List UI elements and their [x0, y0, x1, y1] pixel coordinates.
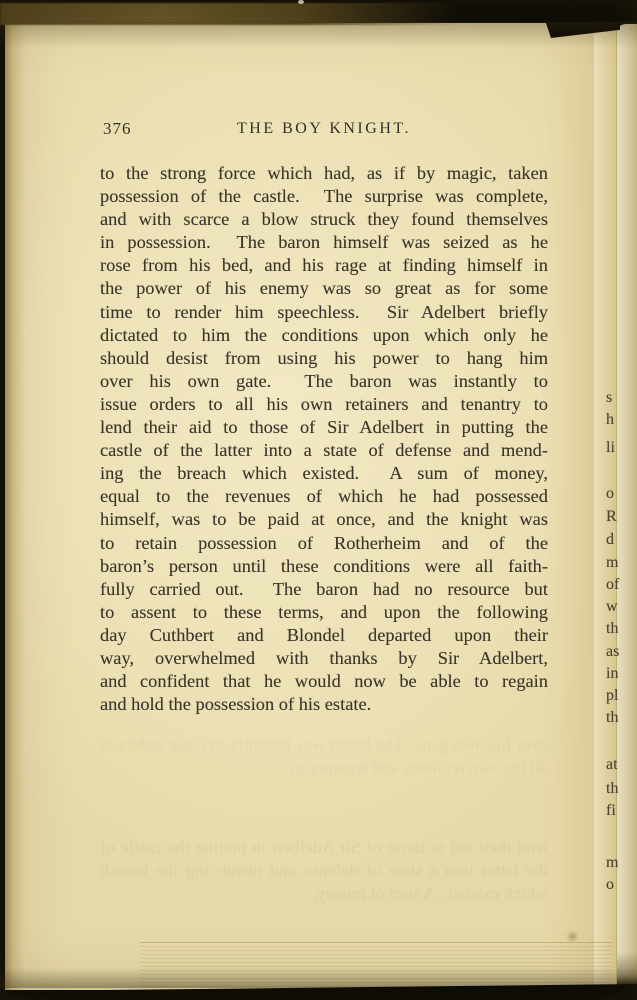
text-line: dictated to him the conditions upon whic… [100, 324, 548, 347]
partial-text-fragment: d [606, 532, 614, 548]
partial-text-fragment: pl [606, 688, 618, 704]
facing-page-fragments: shlioRdmofwthasinplthatthfimo [604, 0, 626, 1000]
text-line: lend their aid to those of Sir Adelbert … [100, 416, 548, 439]
running-title: THE BOY KNIGHT. [100, 120, 548, 138]
text-line: fully carried out. The baron had no reso… [100, 578, 548, 601]
text-line: way, overwhelmed with thanks by Sir Adel… [100, 647, 548, 670]
text-line: to retain possession of Rotherheim and o… [100, 532, 548, 555]
text-line: possession of the castle. The surprise w… [100, 185, 548, 208]
text-line: time to render him speechless. Sir Adelb… [100, 301, 548, 324]
text-line: in possession. The baron himself was sei… [100, 231, 548, 254]
text-line: castle of the latter into a state of def… [100, 439, 548, 462]
partial-text-fragment: in [606, 666, 618, 682]
text-line: and with scarce a blow struck they found… [100, 208, 548, 231]
text-line: day Cuthbert and Blondel departed upon t… [100, 624, 548, 647]
text-line: over his own gate. The baron was instant… [100, 370, 548, 393]
partial-text-fragment: as [606, 644, 619, 660]
partial-text-fragment: o [606, 877, 614, 893]
partial-text-fragment: th [606, 621, 618, 637]
text-line: equal to the revenues of which he had po… [100, 485, 548, 508]
text-line: and hold the possession of his estate. [100, 693, 548, 716]
page-text: to the strong force which had, as if by … [100, 162, 548, 716]
partial-text-fragment: fi [606, 803, 616, 819]
partial-text-fragment: th [606, 781, 618, 797]
text-line: himself, was to be paid at once, and the… [100, 508, 548, 531]
text-line: should desist from using his power to ha… [100, 347, 548, 370]
partial-text-fragment: h [606, 412, 614, 428]
ghost-showthrough-lower: lend their aid to those of Sir Adelbert … [100, 836, 548, 905]
book-scan: over his own gate. The baron was instant… [0, 0, 637, 1000]
partial-text-fragment: R [606, 509, 617, 525]
bottom-page-shadow [0, 968, 637, 988]
partial-text-fragment: m [606, 555, 618, 571]
stain-mark [566, 930, 579, 943]
text-line: to assent to these terms, and upon the f… [100, 601, 548, 624]
partial-text-fragment: li [606, 440, 615, 456]
text-line: baron’s person until these conditions we… [100, 555, 548, 578]
partial-text-fragment: o [606, 486, 614, 502]
text-line: and confident that he would now be able … [100, 670, 548, 693]
partial-text-fragment: s [606, 390, 612, 406]
text-line: ing the breach which existed. A sum of m… [100, 462, 548, 485]
partial-text-fragment: th [606, 710, 618, 726]
text-line: issue orders to all his own retainers an… [100, 393, 548, 416]
partial-text-fragment: of [606, 577, 619, 593]
text-line: the power of his enemy was so great as f… [100, 277, 548, 300]
paper-speck [298, 0, 304, 4]
ghost-showthrough-upper: over his own gate. The baron was instant… [100, 733, 548, 779]
text-line: rose from his bed, and his rage at findi… [100, 254, 548, 277]
partial-text-fragment: at [606, 757, 618, 773]
partial-text-fragment: w [606, 599, 618, 615]
top-page-shadow [0, 22, 637, 48]
text-line: to the strong force which had, as if by … [100, 162, 548, 185]
partial-text-fragment: m [606, 855, 618, 871]
